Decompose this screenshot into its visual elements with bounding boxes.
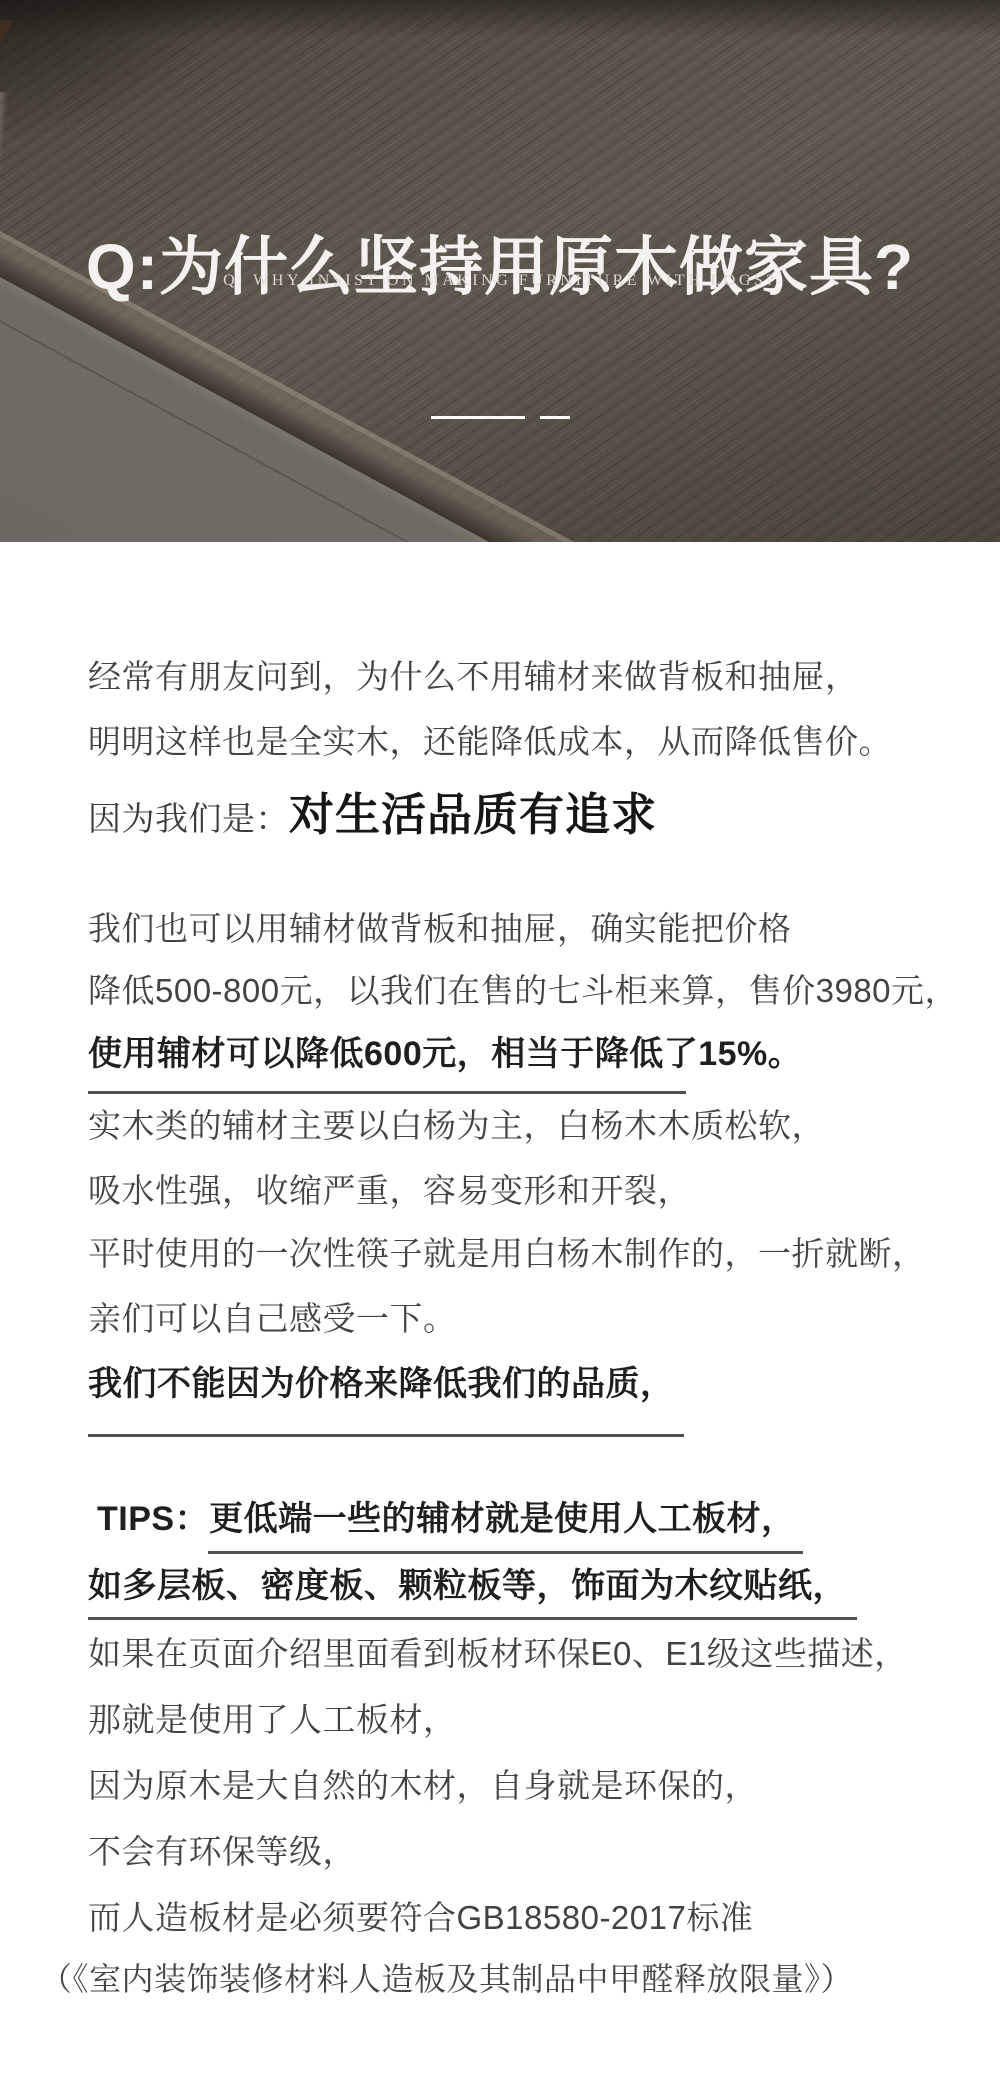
underline-rule (208, 1551, 803, 1554)
paragraph-line: 那就是使用了人工板材， (88, 1703, 457, 1736)
underline-rule (88, 1617, 857, 1620)
tips-line: TIPS：更低端一些的辅材就是使用人工板材， (97, 1502, 796, 1536)
dash-short (540, 416, 570, 419)
paragraph-line: 亲们可以自己感受一下。 (88, 1302, 457, 1335)
paragraph-line: 如果在页面介绍里面看到板材环保E0、E1级这些描述， (88, 1637, 908, 1670)
paragraph-line: 平时使用的一次性筷子就是用白杨木制作的，一折就断， (88, 1237, 926, 1270)
highlight-line: 我们不能因为价格来降低我们的品质， (88, 1367, 675, 1401)
paragraph-line: 而人造板材是必须要符合GB18580-2017标准 (88, 1901, 753, 1934)
highlight-line: 使用辅材可以降低600元，相当于降低了15%。 (88, 1037, 802, 1071)
paragraph-line: 实木类的辅材主要以白杨为主，白杨木木质松软， (88, 1109, 825, 1142)
emphasis-text: 对生活品质有追求 (289, 789, 657, 840)
hero-subtitle: Q: WHY INSIST ON MAKING FURNITURE WITH L… (0, 273, 1000, 289)
tabletop-side-edge (0, 92, 9, 247)
tips-text: 更低端一些的辅材就是使用人工板材， (209, 1500, 796, 1538)
paragraph-line: 降低500-800元，以我们在售的七斗柜来算，售价3980元， (88, 974, 958, 1007)
lead-text: 因为我们是： (88, 800, 289, 837)
highlight-line: 如多层板、密度板、颗粒板等，饰面为木纹贴纸， (88, 1569, 847, 1603)
tips-label: TIPS： (97, 1500, 209, 1538)
paragraph-line: 不会有环保等级， (88, 1835, 356, 1868)
underline-rule (88, 1434, 684, 1437)
underline-rule (88, 1091, 686, 1094)
corner-shadow (0, 20, 14, 44)
paragraph-line: （《室内装饰装修材料人造板及其制品中甲醛释放限量》） (40, 1963, 853, 1995)
paragraph-line: 吸水性强，收缩严重，容易变形和开裂， (88, 1174, 691, 1207)
dash-long (431, 416, 525, 419)
paragraph-line: 我们也可以用辅材做背板和抽屉，确实能把价格 (88, 912, 792, 945)
hero-banner: Q:为什么坚持用原木做家具? Q: WHY INSIST ON MAKING F… (0, 0, 1000, 542)
paragraph-line: 因为原木是大自然的木材，自身就是环保的， (88, 1769, 758, 1802)
hero-title: Q:为什么坚持用原木做家具? (0, 235, 1000, 299)
paragraph-line: 明明这样也是全实木，还能降低成本，从而降低售价。 (88, 725, 892, 758)
decorative-dashes (0, 416, 1000, 419)
paragraph-line: 因为我们是：对生活品质有追求 (88, 792, 657, 837)
paragraph-line: 经常有朋友问到，为什么不用辅材来做背板和抽屉， (88, 660, 859, 693)
product-description-page: Q:为什么坚持用原木做家具? Q: WHY INSIST ON MAKING F… (0, 0, 1000, 2078)
